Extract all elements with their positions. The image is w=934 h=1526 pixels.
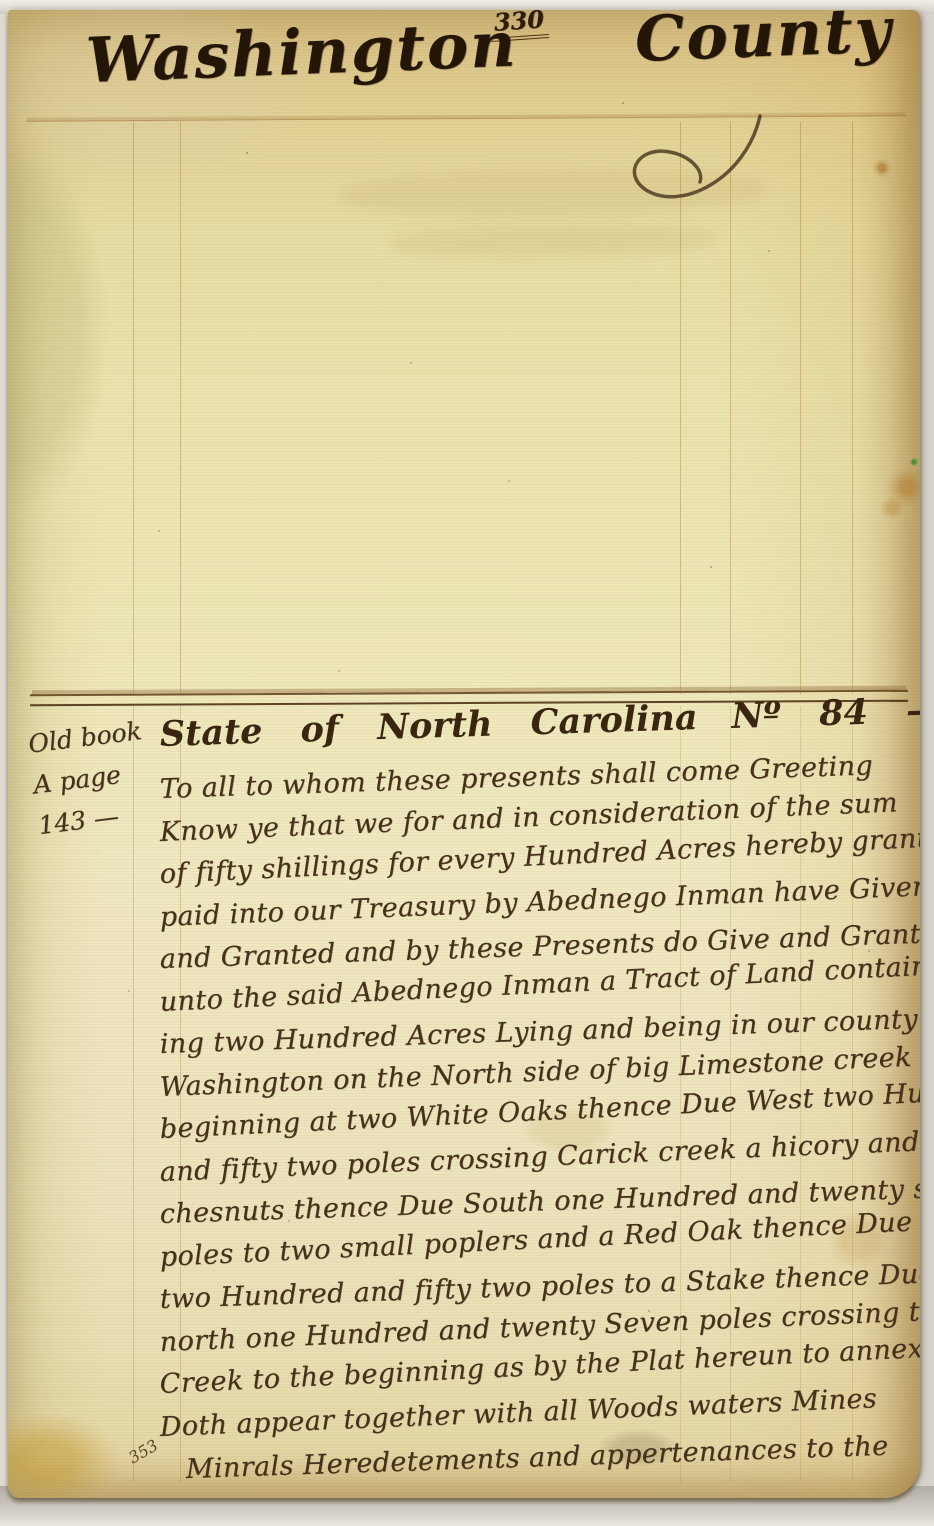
paper-specks — [8, 10, 10, 12]
column-rule — [800, 122, 801, 694]
margin-note: Old book A page 143 — — [26, 707, 180, 846]
header-word-county: County — [634, 10, 894, 76]
pen-flourish — [610, 112, 770, 216]
deed-text-block: State of North CarolinaNº 84 —— To all t… — [160, 714, 920, 1492]
scanned-ledger-page: 330 WashingtonCounty Old book A page 143… — [0, 0, 934, 1526]
column-rule — [133, 122, 134, 694]
grant-number: Nº 84 —— — [731, 688, 920, 737]
column-rule — [852, 122, 853, 694]
ledger-paper: 330 WashingtonCounty Old book A page 143… — [8, 10, 920, 1498]
column-rule — [180, 122, 181, 694]
deed-lines: To all to whom these presents shall come… — [160, 769, 920, 1492]
